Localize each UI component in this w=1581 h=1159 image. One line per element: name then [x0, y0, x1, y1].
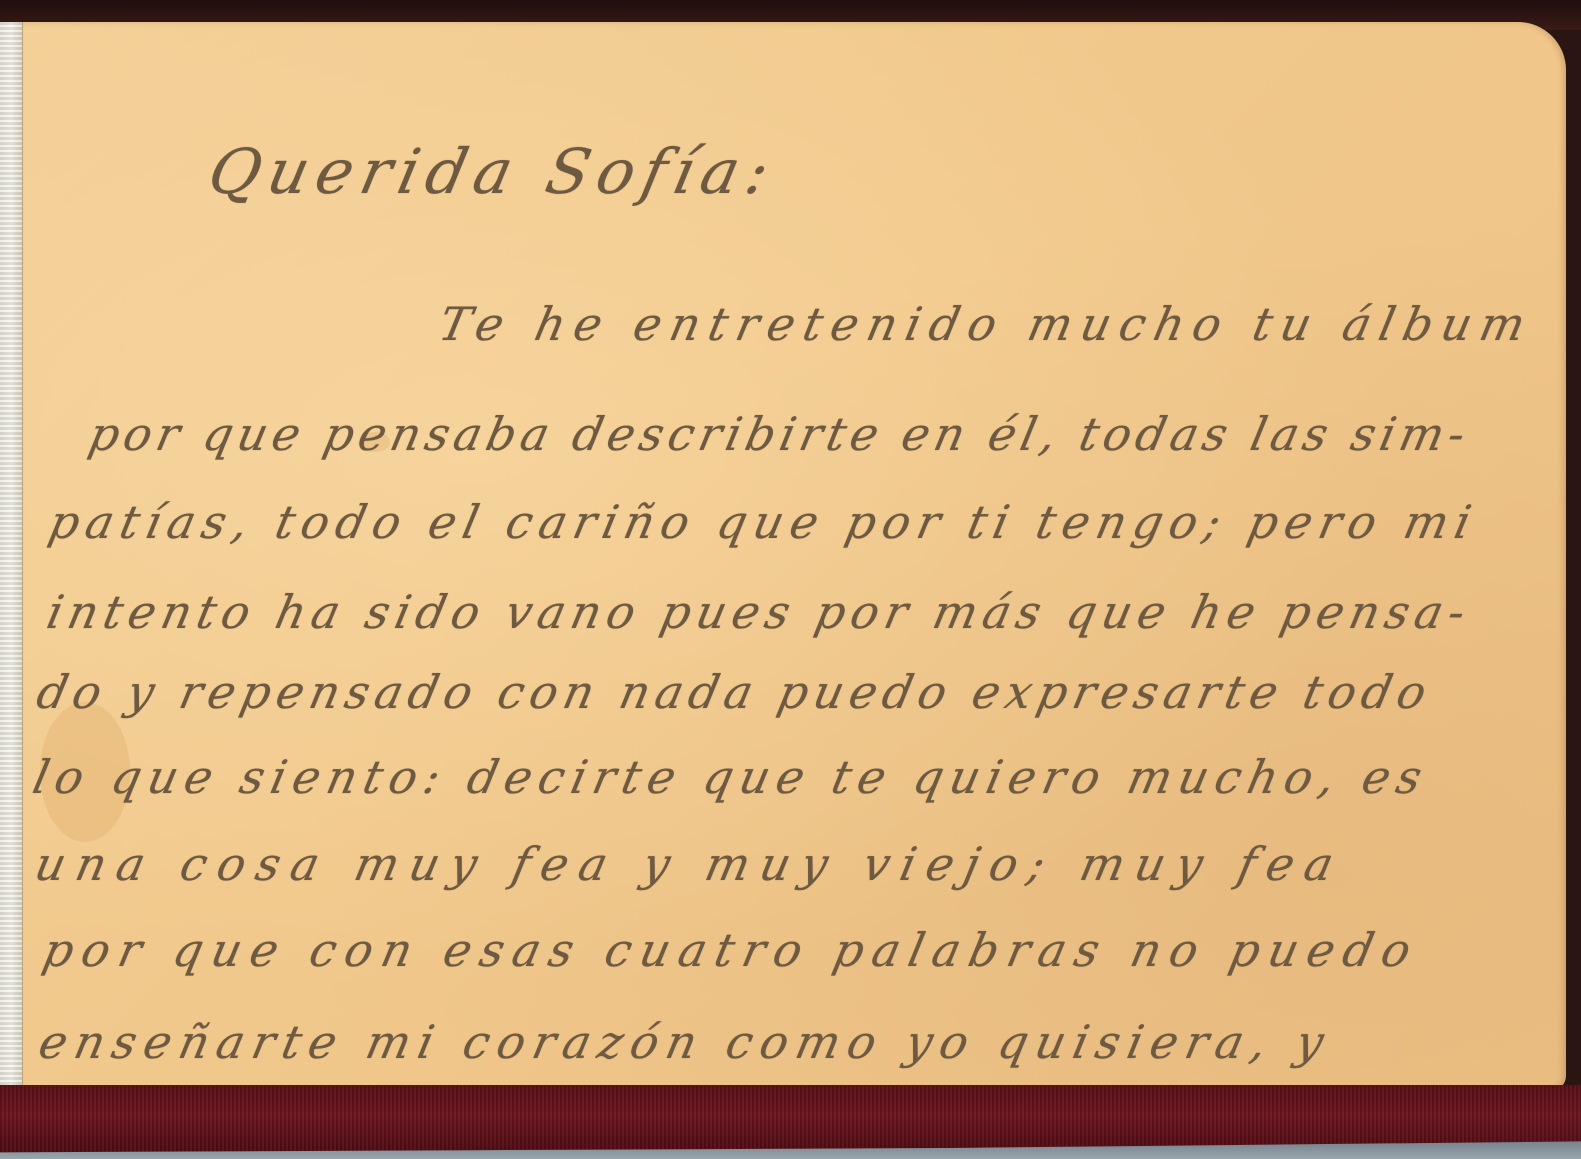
salutation: Querida Sofía:: [204, 142, 782, 202]
velvet-album-cover: [0, 1085, 1581, 1159]
letter-line-2: por que pensaba describirte en él, todas…: [84, 404, 1476, 464]
letter-line-5: do y repensado con nada puedo expresarte…: [32, 662, 1438, 722]
letter-line-7: una cosa muy fea y muy viejo; muy fea: [30, 834, 1350, 894]
letter-line-6: lo que siento: decirte que te quiero muc…: [28, 747, 1435, 807]
handwritten-letter: Querida Sofía: Te he entretenido mucho t…: [0, 22, 1566, 1090]
binding-tape: [0, 22, 23, 1092]
letter-line-8: por que con esas cuatro palabras no pued…: [38, 920, 1426, 980]
letter-line-9: enseñarte mi corazón como yo quisiera, y: [34, 1012, 1337, 1072]
letter-line-3: patías, todo el cariño que por ti tengo;…: [44, 492, 1484, 552]
letter-line-4: intento ha sido vano pues por más que he…: [42, 582, 1477, 642]
album-page: Querida Sofía: Te he entretenido mucho t…: [0, 22, 1566, 1090]
letter-line-1: Te he entretenido mucho tu álbum: [434, 294, 1540, 354]
